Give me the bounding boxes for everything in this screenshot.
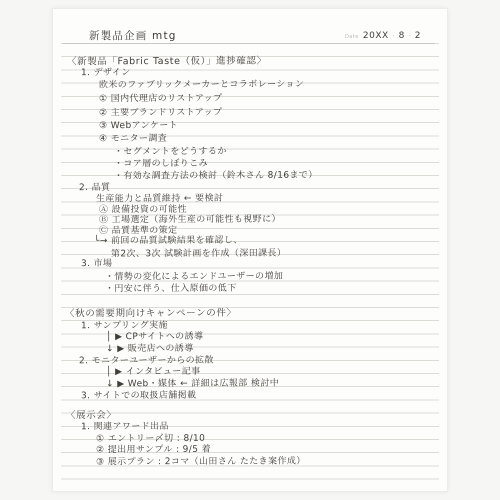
note-line: 生産能力と品質維持 ← 要検討 [96, 194, 223, 206]
note-line: 3. 市場 [81, 259, 113, 270]
note-line: ・有効な調査方法の検討（鈴木さん 8/16まで） [114, 171, 318, 183]
note-line: ・円安に伴う、仕入原価の低下 [105, 284, 237, 296]
note-line: Ⓑ 工場選定（海外生産の可能性も視野に） [99, 215, 281, 227]
date-year: 20XX [363, 31, 389, 41]
date-month: 8 [399, 31, 405, 41]
note-line: ・コア層のしぼりこみ [114, 159, 208, 170]
note-line: 1. サンプリング実施 [81, 321, 168, 332]
note-line: │ ▶ CPサイトへの誘導 [106, 332, 203, 343]
date-field: Date 20XX · 8 · 2 [345, 31, 421, 41]
note-line: ・セグメントをどうするか [114, 147, 227, 158]
date-separator: · [393, 33, 395, 40]
note-line: 第2次、3次 試験計画を作成（深田課長） [111, 249, 286, 261]
note-title: 新製品企画 mtg [89, 28, 177, 43]
date-day: 2 [415, 31, 421, 41]
note-line: ② 主要ブランドリストアップ [99, 108, 222, 120]
notebook-page: 新製品企画 mtg Date 20XX · 8 · 2 〈新製品「Fabric … [52, 8, 448, 492]
note-line: ④ モニター調査 [99, 134, 167, 145]
note-line: 欧米のファブリックメーカーとコラボレーション [99, 80, 304, 92]
note-line: ③ Webアンケート [99, 121, 178, 132]
section-heading: 〈展示会〉 [66, 410, 117, 421]
note-line: 2. 品質 [79, 183, 111, 194]
note-line: ・情勢の変化によるエンドユーザーの増加 [105, 272, 283, 284]
section-heading: 〈新製品「Fabric Taste（仮）」進捗確認〉 [67, 56, 267, 68]
note-line: ① 国内代理店のリストアップ [99, 94, 222, 106]
note-line: 2. モニターユーザーからの拡散 [79, 356, 214, 368]
date-label: Date [345, 34, 359, 40]
note-line: │ ▶ インタビュー記事 [106, 367, 201, 378]
note-line: ① エントリー〆切 : 8/10 [96, 434, 205, 445]
note-line: 3. サイトでの取扱店舗掲載 [81, 391, 196, 403]
note-line: ↓ ▶ 販売店への誘導 [106, 344, 194, 355]
date-separator: · [409, 33, 411, 40]
note-line: ③ 展示プラン : 2コマ（山田さん たたき案作成） [96, 457, 306, 469]
note-line: 1. デザイン [81, 68, 131, 79]
note-line: ↓ ▶ Web・媒体 ← 詳細は広報部 検討中 [106, 379, 279, 391]
note-line: 1. 関連アワード出品 [81, 422, 169, 433]
section-heading: 〈秋の需要期向けキャンペーンの件〉 [65, 308, 237, 320]
header-rule-line [63, 43, 435, 44]
note-line: └→ 前回の品質試験結果を確認し、 [94, 236, 243, 248]
note-line: ② 提出用サンプル : 9/5 着 [96, 445, 211, 457]
